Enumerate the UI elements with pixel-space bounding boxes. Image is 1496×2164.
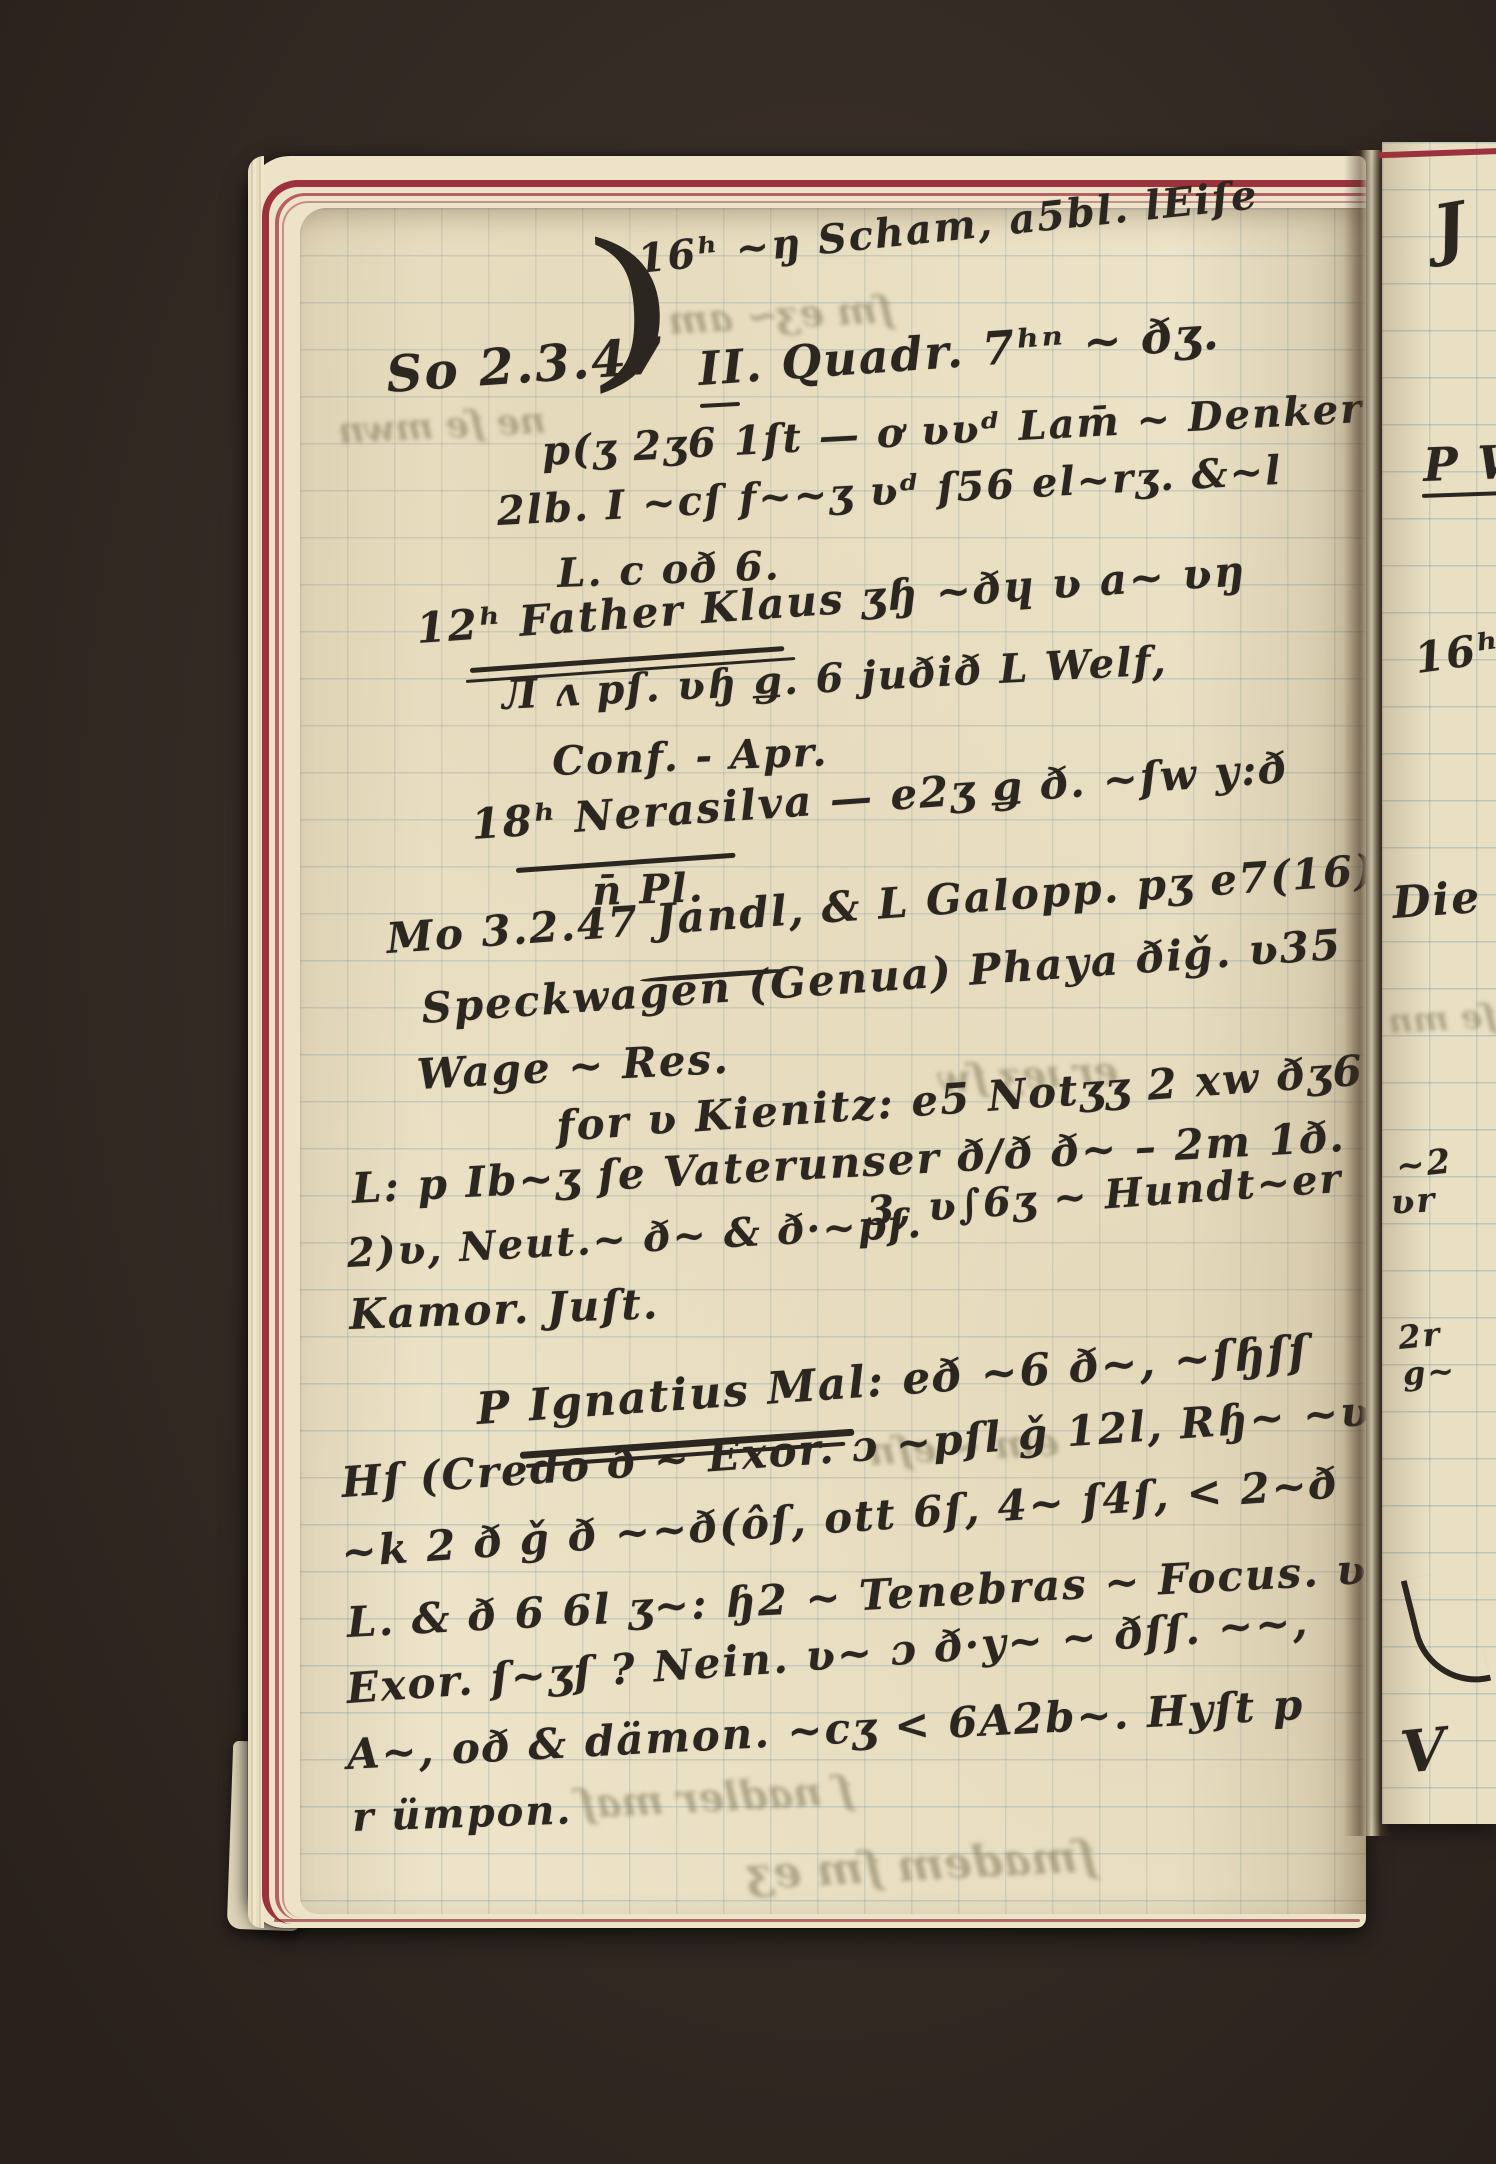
handwritten-fragment: ʋr — [1390, 1183, 1438, 1220]
ink-bleedthrough: ſe mn — [1387, 999, 1496, 1039]
facing-page-sliver: J P W 16ʰ Die ~2 ʋr 2r g~ V ſe mn — [1382, 142, 1496, 1824]
handwritten-fragment: Die — [1391, 876, 1483, 926]
handwritten-fragment: V — [1398, 1719, 1451, 1782]
underline-stroke — [1422, 491, 1496, 498]
handwritten-fragment: ~2 — [1394, 1144, 1453, 1184]
handwritten-fragment: P W — [1422, 438, 1496, 488]
handwritten-line: Conf. - Apr. — [552, 732, 829, 782]
notebook-page: ſm eʒ~ am ne ſe mwn er ıeʒ ſw em ~ eſn ſ… — [248, 156, 1366, 1928]
handwritten-fragment: 16ʰ — [1412, 626, 1496, 680]
handwritten-fragment: 2r — [1397, 1318, 1443, 1354]
photo-background: ſm eʒ~ am ne ſe mwn er ıeʒ ſw em ~ eſn ſ… — [0, 0, 1496, 2164]
handwritten-line: Kamor. Juſt. — [349, 1283, 660, 1336]
red-page-edge-line — [1378, 148, 1496, 159]
ink-bleedthrough: ne ſe mwn — [337, 403, 546, 450]
handwritten-fragment: g~ — [1402, 1354, 1457, 1390]
handwritten-fragment: J — [1429, 192, 1473, 263]
handwritten-line: r ümpon. — [352, 1790, 573, 1838]
pen-swash-stroke — [1401, 1566, 1492, 1696]
red-page-edge-line — [274, 1919, 1360, 1922]
